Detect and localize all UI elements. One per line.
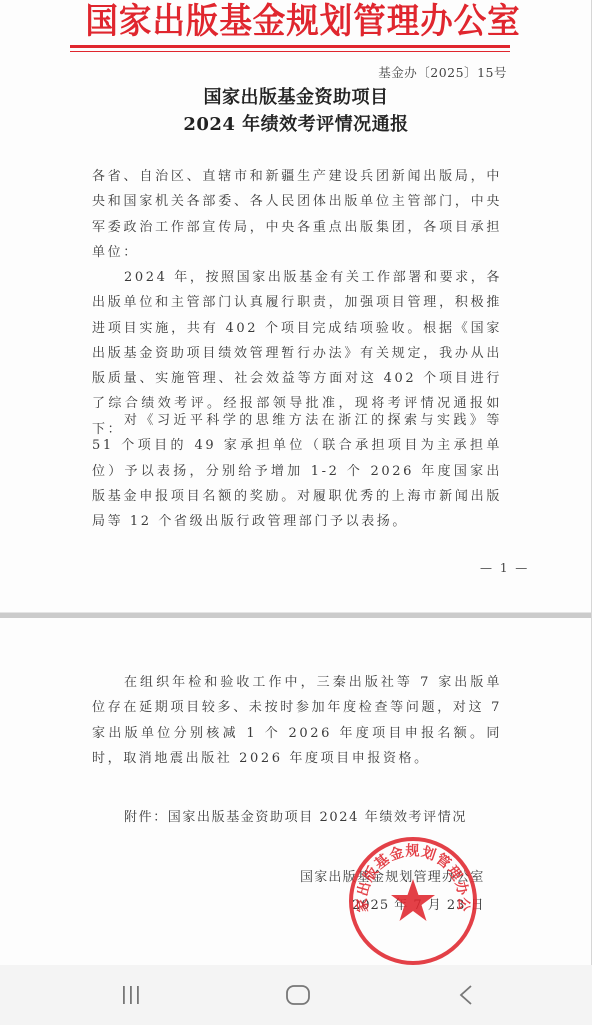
document-title-line1: 国家出版基金资助项目: [0, 86, 592, 110]
document-page-2: 在组织年检和验收工作中，三秦出版社等 7 家出版单位存在延期项目较多、未按时参加…: [0, 618, 592, 965]
document-title-line2: 2024 年绩效考评情况通报: [0, 113, 592, 137]
recent-apps-icon: [119, 984, 143, 1006]
back-chevron-icon: [456, 983, 476, 1007]
masthead-divider-thick: [70, 45, 510, 48]
masthead-title: 国家出版基金规划管理办公室: [85, 2, 494, 42]
official-seal-icon: 国家出版基金规划管理办公室: [347, 835, 479, 965]
page-number: — 1 —: [480, 561, 529, 575]
home-button[interactable]: [273, 977, 323, 1013]
document-number: 基金办〔2025〕15号: [378, 63, 507, 81]
recent-apps-button[interactable]: [106, 977, 156, 1013]
body-paragraph-3: 在组织年检和验收工作中，三秦出版社等 7 家出版单位存在延期项目较多、未按时参加…: [92, 670, 502, 771]
addressee-paragraph: 各省、自治区、直辖市和新疆生产建设兵团新闻出版局，中央和国家机关各部委、各人民团…: [92, 164, 502, 265]
body-paragraph-2: 对《习近平科学的思维方法在浙江的探索与实践》等 51 个项目的 49 家承担单位…: [92, 408, 502, 534]
back-button[interactable]: [441, 977, 491, 1013]
android-navigation-bar: [0, 965, 592, 1025]
attachment-line: 附件：国家出版基金资助项目 2024 年绩效考评情况: [124, 806, 467, 825]
document-page-1: 国家出版基金规划管理办公室 基金办〔2025〕15号 国家出版基金资助项目 20…: [0, 0, 592, 612]
masthead-divider-thin: [70, 51, 510, 52]
home-icon: [285, 984, 311, 1006]
